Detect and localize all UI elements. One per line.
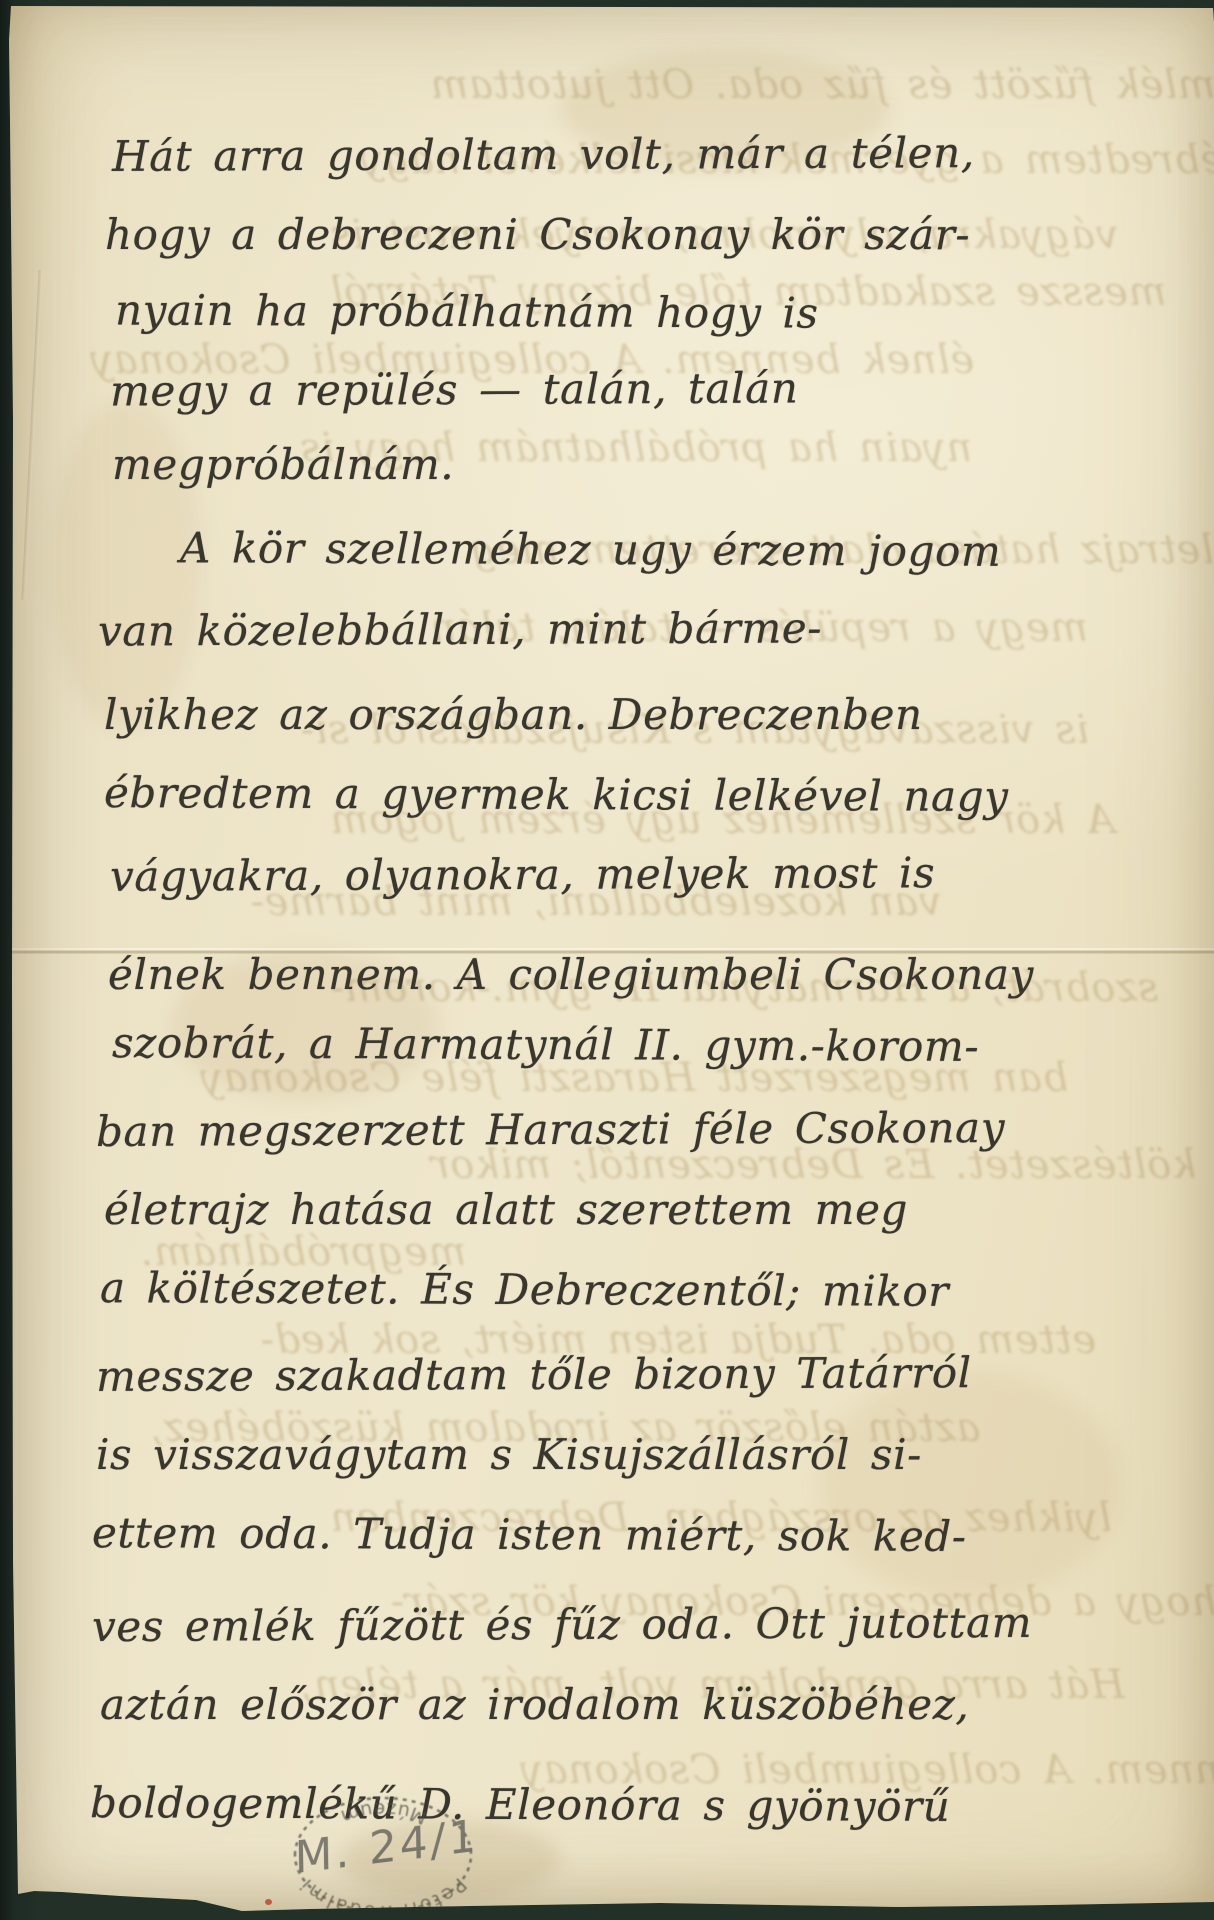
handwriting-line: megpróbálnám. bbox=[112, 433, 454, 497]
handwriting-line: boldogemlékű D. Eleonóra s gyönyörű bbox=[90, 1771, 951, 1839]
handwriting-line: is visszavágytam s Kisujszállásról si- bbox=[96, 1423, 922, 1487]
bleedthrough-line: ves emlék fűzött és fűz oda. Ott jutotta… bbox=[430, 55, 1214, 115]
museum-stamp: Petőfi Irodalmi Múzeum M. 24/1 bbox=[274, 1788, 492, 1920]
handwriting-line: ettem oda. Tudja isten miért, sok ked- bbox=[92, 1501, 967, 1569]
handwriting-line: messze szakadtam tőle bizony Tatárról bbox=[96, 1341, 972, 1409]
handwriting-line: életrajz hatása alatt szerettem meg bbox=[104, 1178, 908, 1242]
handwriting-line: a költészetet. És Debreczentől; mikor bbox=[100, 1256, 949, 1324]
handwriting-line: aztán először az irodalom küszöbéhez, bbox=[100, 1673, 969, 1737]
handwriting-line: szobrát, a Harmatynál II. gym.-korom- bbox=[112, 1011, 979, 1079]
handwriting-line: megy a repülés — talán, talán bbox=[110, 356, 799, 423]
handwriting-line: van közelebbállani, mint bárme- bbox=[98, 596, 822, 663]
handwriting-line: lyikhez az országban. Debreczenben bbox=[104, 683, 923, 747]
handwriting-line: vágyakra, olyanokra, melyek most is bbox=[110, 841, 935, 909]
red-ink-speck bbox=[265, 1899, 272, 1905]
handwriting-line: nyain ha próbálhatnám hogy is bbox=[115, 278, 819, 345]
letter-page: ves emlék fűzött és fűz oda. Ott jutotta… bbox=[0, 0, 1214, 1920]
handwriting-line: élnek bennem. A collegiumbeli Csokonay bbox=[108, 943, 1034, 1007]
fold-crease-vertical bbox=[21, 270, 42, 600]
handwriting-line: ves emlék fűzött és fűz oda. Ott jutotta… bbox=[92, 1591, 1032, 1659]
handwriting-line: Hát arra gondoltam volt, már a télen, bbox=[112, 121, 975, 189]
handwriting-line: ébredtem a gyermek kicsi lelkével nagy bbox=[104, 761, 1009, 829]
handwriting-line: A kör szelleméhez ugy érzem jogom bbox=[180, 516, 1002, 584]
scan-background: ves emlék fűzött és fűz oda. Ott jutotta… bbox=[0, 0, 1214, 1920]
handwriting-line: ban megszerzett Haraszti féle Csokonay bbox=[96, 1096, 1005, 1164]
handwriting-line: hogy a debreczeni Csokonay kör szár- bbox=[105, 203, 970, 267]
